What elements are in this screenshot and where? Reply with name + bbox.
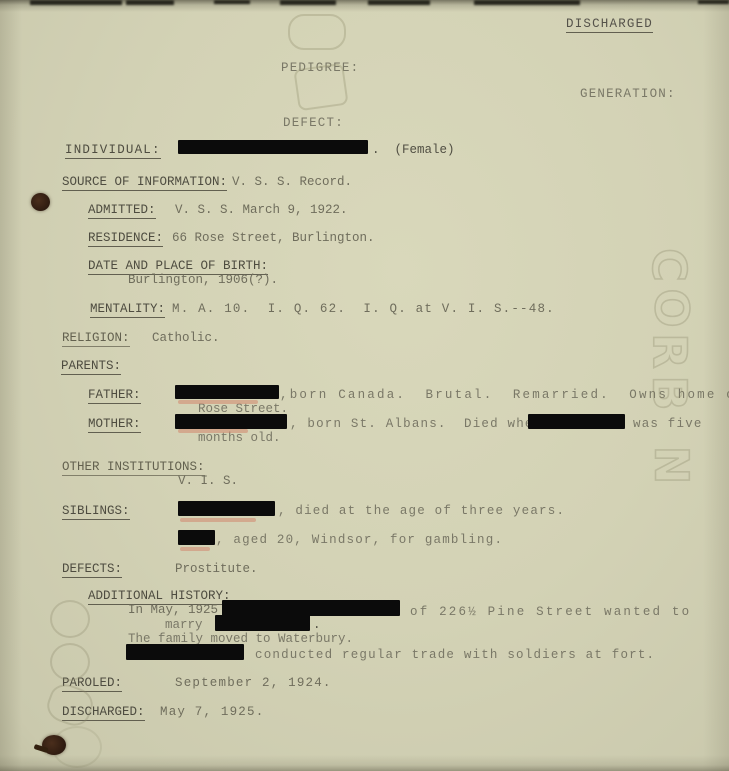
history-line1-pre: In May, 1925 bbox=[128, 603, 218, 617]
watermark-letter: O bbox=[645, 288, 699, 327]
redaction-bar bbox=[126, 644, 244, 660]
mother-text: , born St. Albans. Died when bbox=[290, 417, 542, 431]
pink-underline-mark bbox=[178, 429, 248, 433]
mentality-value: M. A. 10. I. Q. 62. I. Q. at V. I. S.--4… bbox=[172, 302, 555, 316]
parents-label: PARENTS: bbox=[61, 359, 121, 375]
admitted-label: ADMITTED: bbox=[88, 203, 156, 219]
watermark-ring bbox=[50, 643, 90, 681]
discharged-stamp: DISCHARGED bbox=[566, 17, 653, 33]
ink-blot bbox=[31, 193, 50, 211]
sibling1-text: , died at the age of three years. bbox=[278, 504, 565, 518]
scan-edge-artifact bbox=[214, 0, 250, 4]
source-value: V. S. S. Record. bbox=[232, 175, 352, 189]
father-label: FATHER: bbox=[88, 388, 141, 404]
scan-edge-artifact bbox=[368, 0, 430, 5]
sibling2-text: , aged 20, Windsor, for gambling. bbox=[216, 533, 503, 547]
scanned-document-page: C O R B N DISCHARGED PEDIGREE: GENERATIO… bbox=[0, 0, 729, 771]
religion-value: Catholic. bbox=[152, 331, 220, 345]
discharged-value: May 7, 1925. bbox=[160, 705, 264, 719]
siblings-label: SIBLINGS: bbox=[62, 504, 130, 520]
defect-label: DEFECT: bbox=[283, 116, 344, 130]
mentality-label: MENTALITY: bbox=[90, 302, 165, 318]
redaction-bar bbox=[175, 414, 287, 429]
individual-suffix: . (Female) bbox=[372, 143, 455, 157]
mother-label: MOTHER: bbox=[88, 417, 141, 433]
redaction-bar bbox=[215, 615, 310, 631]
admitted-value: V. S. S. March 9, 1922. bbox=[175, 203, 348, 217]
history-line1-post: of 226½ Pine Street wanted to bbox=[410, 605, 691, 619]
scan-edge-artifact bbox=[30, 0, 122, 5]
scan-edge-artifact bbox=[698, 0, 729, 4]
redaction-bar bbox=[178, 140, 368, 154]
redaction-bar bbox=[528, 414, 625, 429]
redaction-bar bbox=[178, 530, 215, 545]
watermark-letter: N bbox=[644, 446, 698, 485]
scan-edge-artifact bbox=[474, 0, 580, 5]
residence-value: 66 Rose Street, Burlington. bbox=[172, 231, 375, 245]
embossed-stamp bbox=[288, 14, 346, 50]
embossed-stamp bbox=[293, 63, 348, 112]
paroled-value: September 2, 1924. bbox=[175, 676, 332, 690]
residence-label: RESIDENCE: bbox=[88, 231, 163, 247]
pink-underline-mark bbox=[180, 518, 256, 522]
pink-underline-mark bbox=[180, 547, 210, 551]
scan-edge-artifact bbox=[280, 0, 336, 5]
watermark-letter: B bbox=[643, 375, 697, 410]
redaction-bar bbox=[178, 501, 275, 516]
mother-text-line2: months old. bbox=[198, 431, 281, 445]
scan-edge-artifact bbox=[126, 0, 174, 5]
watermark-letter: R bbox=[643, 333, 697, 368]
source-label: SOURCE OF INFORMATION: bbox=[62, 175, 227, 191]
redaction-bar bbox=[175, 385, 279, 399]
defects-label: DEFECTS: bbox=[62, 562, 122, 578]
watermark-ring bbox=[50, 600, 90, 638]
religion-label: RELIGION: bbox=[62, 331, 130, 347]
history-line2-post: . bbox=[313, 618, 321, 632]
watermark-letter: C bbox=[642, 248, 696, 282]
other-institutions-value: V. I. S. bbox=[178, 474, 238, 488]
history-line2-pre: marry bbox=[165, 618, 203, 632]
mother-text-2: was five bbox=[633, 417, 703, 431]
individual-label: INDIVIDUAL: bbox=[65, 143, 161, 159]
history-line4: conducted regular trade with soldiers at… bbox=[255, 648, 655, 662]
defects-value: Prostitute. bbox=[175, 562, 258, 576]
birth-value: Burlington, 1906(?). bbox=[128, 273, 278, 287]
pink-underline-mark bbox=[178, 400, 258, 404]
generation-label: GENERATION: bbox=[580, 87, 676, 101]
